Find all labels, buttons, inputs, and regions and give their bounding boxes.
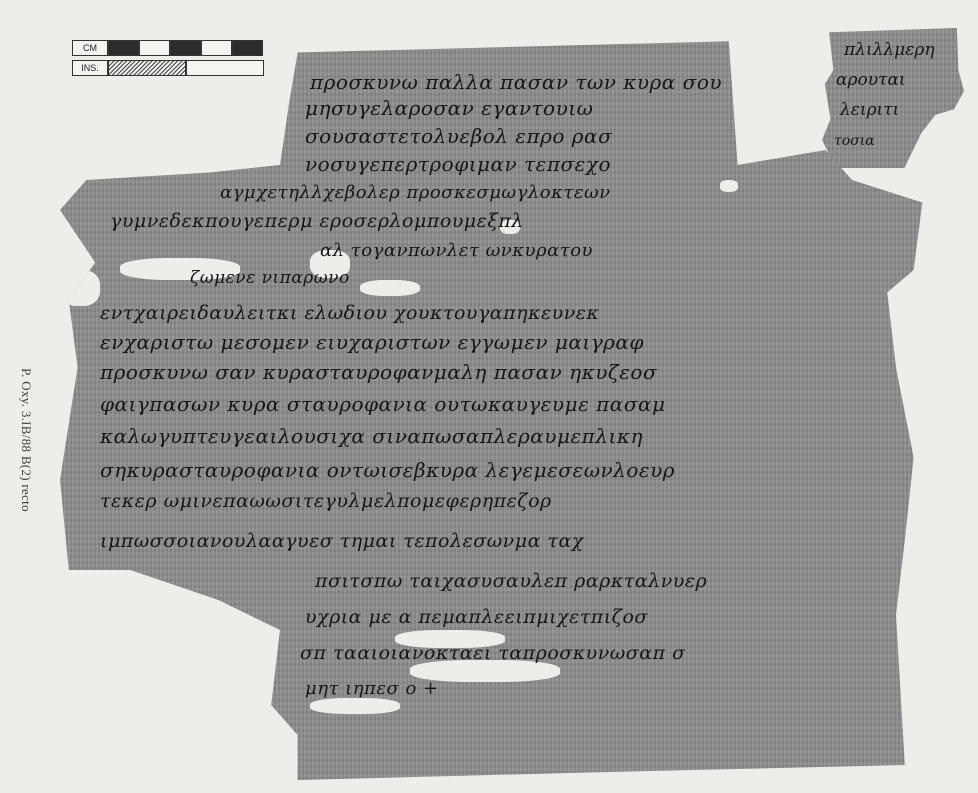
scale-cm-row: CM	[72, 40, 263, 58]
caption: P. Oxy. 3.IB/88 B(2) recto	[11, 300, 41, 580]
text-line: πσιτσπω ταιχασυσαυλεπ ραρκταλνυερ	[315, 570, 707, 592]
text-line: αλ τογανπωνλετ ωνκυρατου	[320, 240, 593, 261]
text-line: ιμπωσσοιανουλααγυεσ τημαι τεπολεσωνμα τα…	[100, 530, 584, 552]
papyrus-main: προσκυνω παλλα πασαν των κυρα σου μησυγε…	[60, 30, 940, 780]
scale-cm-label: CM	[72, 40, 108, 56]
scale-ins-hatch	[108, 60, 186, 76]
scale-bar: CM INS.	[72, 38, 264, 80]
text-line: αγμχετηλλχεβολερ προσκεσμωγλοκτεων	[220, 182, 611, 203]
fragment-line: τοσια	[834, 133, 875, 149]
fragment-line: αρουται	[836, 70, 906, 90]
fragment-line: λειριτι	[840, 100, 899, 120]
text-line: σπ τααιοιανοκταει ταπροσκυνωσαπ σ	[300, 642, 686, 664]
caption-text: P. Oxy. 3.IB/88 B(2) recto	[18, 368, 34, 512]
text-line: σουσαστετολυεβολ επρο ρασ	[305, 124, 612, 148]
fragment-line: πλιλλμερη	[844, 40, 935, 60]
scale-ins-row: INS.	[72, 60, 264, 78]
text-line: προσκυνω παλλα πασαν των κυρα σου	[310, 70, 722, 94]
scale-cm-cell	[108, 40, 139, 56]
scale-ins-label: INS.	[72, 60, 108, 76]
scale-ins-empty	[186, 60, 264, 76]
text-line: προσκυνω σαν κυρασταυροφανμαλη πασαν ηκυ…	[100, 360, 657, 384]
text-line: υχρια με α πεμαπλεειπμιχετπιζοσ	[305, 606, 648, 628]
text-line: φαιγπασων κυρα σταυροφανια ουτωκαυγευμε …	[100, 392, 665, 416]
text-line: καλωγυπτευγεαιλουσιχα σιναπωσαπλεραυμεπλ…	[100, 424, 643, 448]
scale-cm-cell	[201, 40, 232, 56]
scale-cm-cell	[170, 40, 201, 56]
text-line: εντχαιρειδαυλειτκι ελωδιου χουκτουγαπηκε…	[100, 302, 599, 324]
scale-cm-cell	[139, 40, 170, 56]
text-line: γυμνεδεκπουγεπερμ εροσερλομπουμεξπλ	[110, 210, 524, 232]
text-line: μησυγελαροσαν εγαντουιω	[305, 96, 593, 120]
papyrus-fragment: πλιλλμερη αρουται λειριτι τοσια	[822, 28, 964, 168]
text-line: ενχαριστω μεσομεν ειυχαριστων εγγωμεν μα…	[100, 330, 644, 354]
text-line: μητ ιηπεσ ο +	[305, 678, 439, 699]
text-line: ζωμενε νιπαρωνο	[190, 268, 350, 288]
scale-cm-cell	[232, 40, 263, 56]
text-line: τεκερ ωμινεπαωωσιτεγυλμελπομεφερηπεζορ	[100, 490, 552, 512]
text-line: σηκυρασταυροφανια οντωισεβκυρα λεγεμεσεω…	[100, 458, 675, 482]
text-line: νοσυγεπερτροφιμαν τεπσεχο	[305, 152, 611, 176]
